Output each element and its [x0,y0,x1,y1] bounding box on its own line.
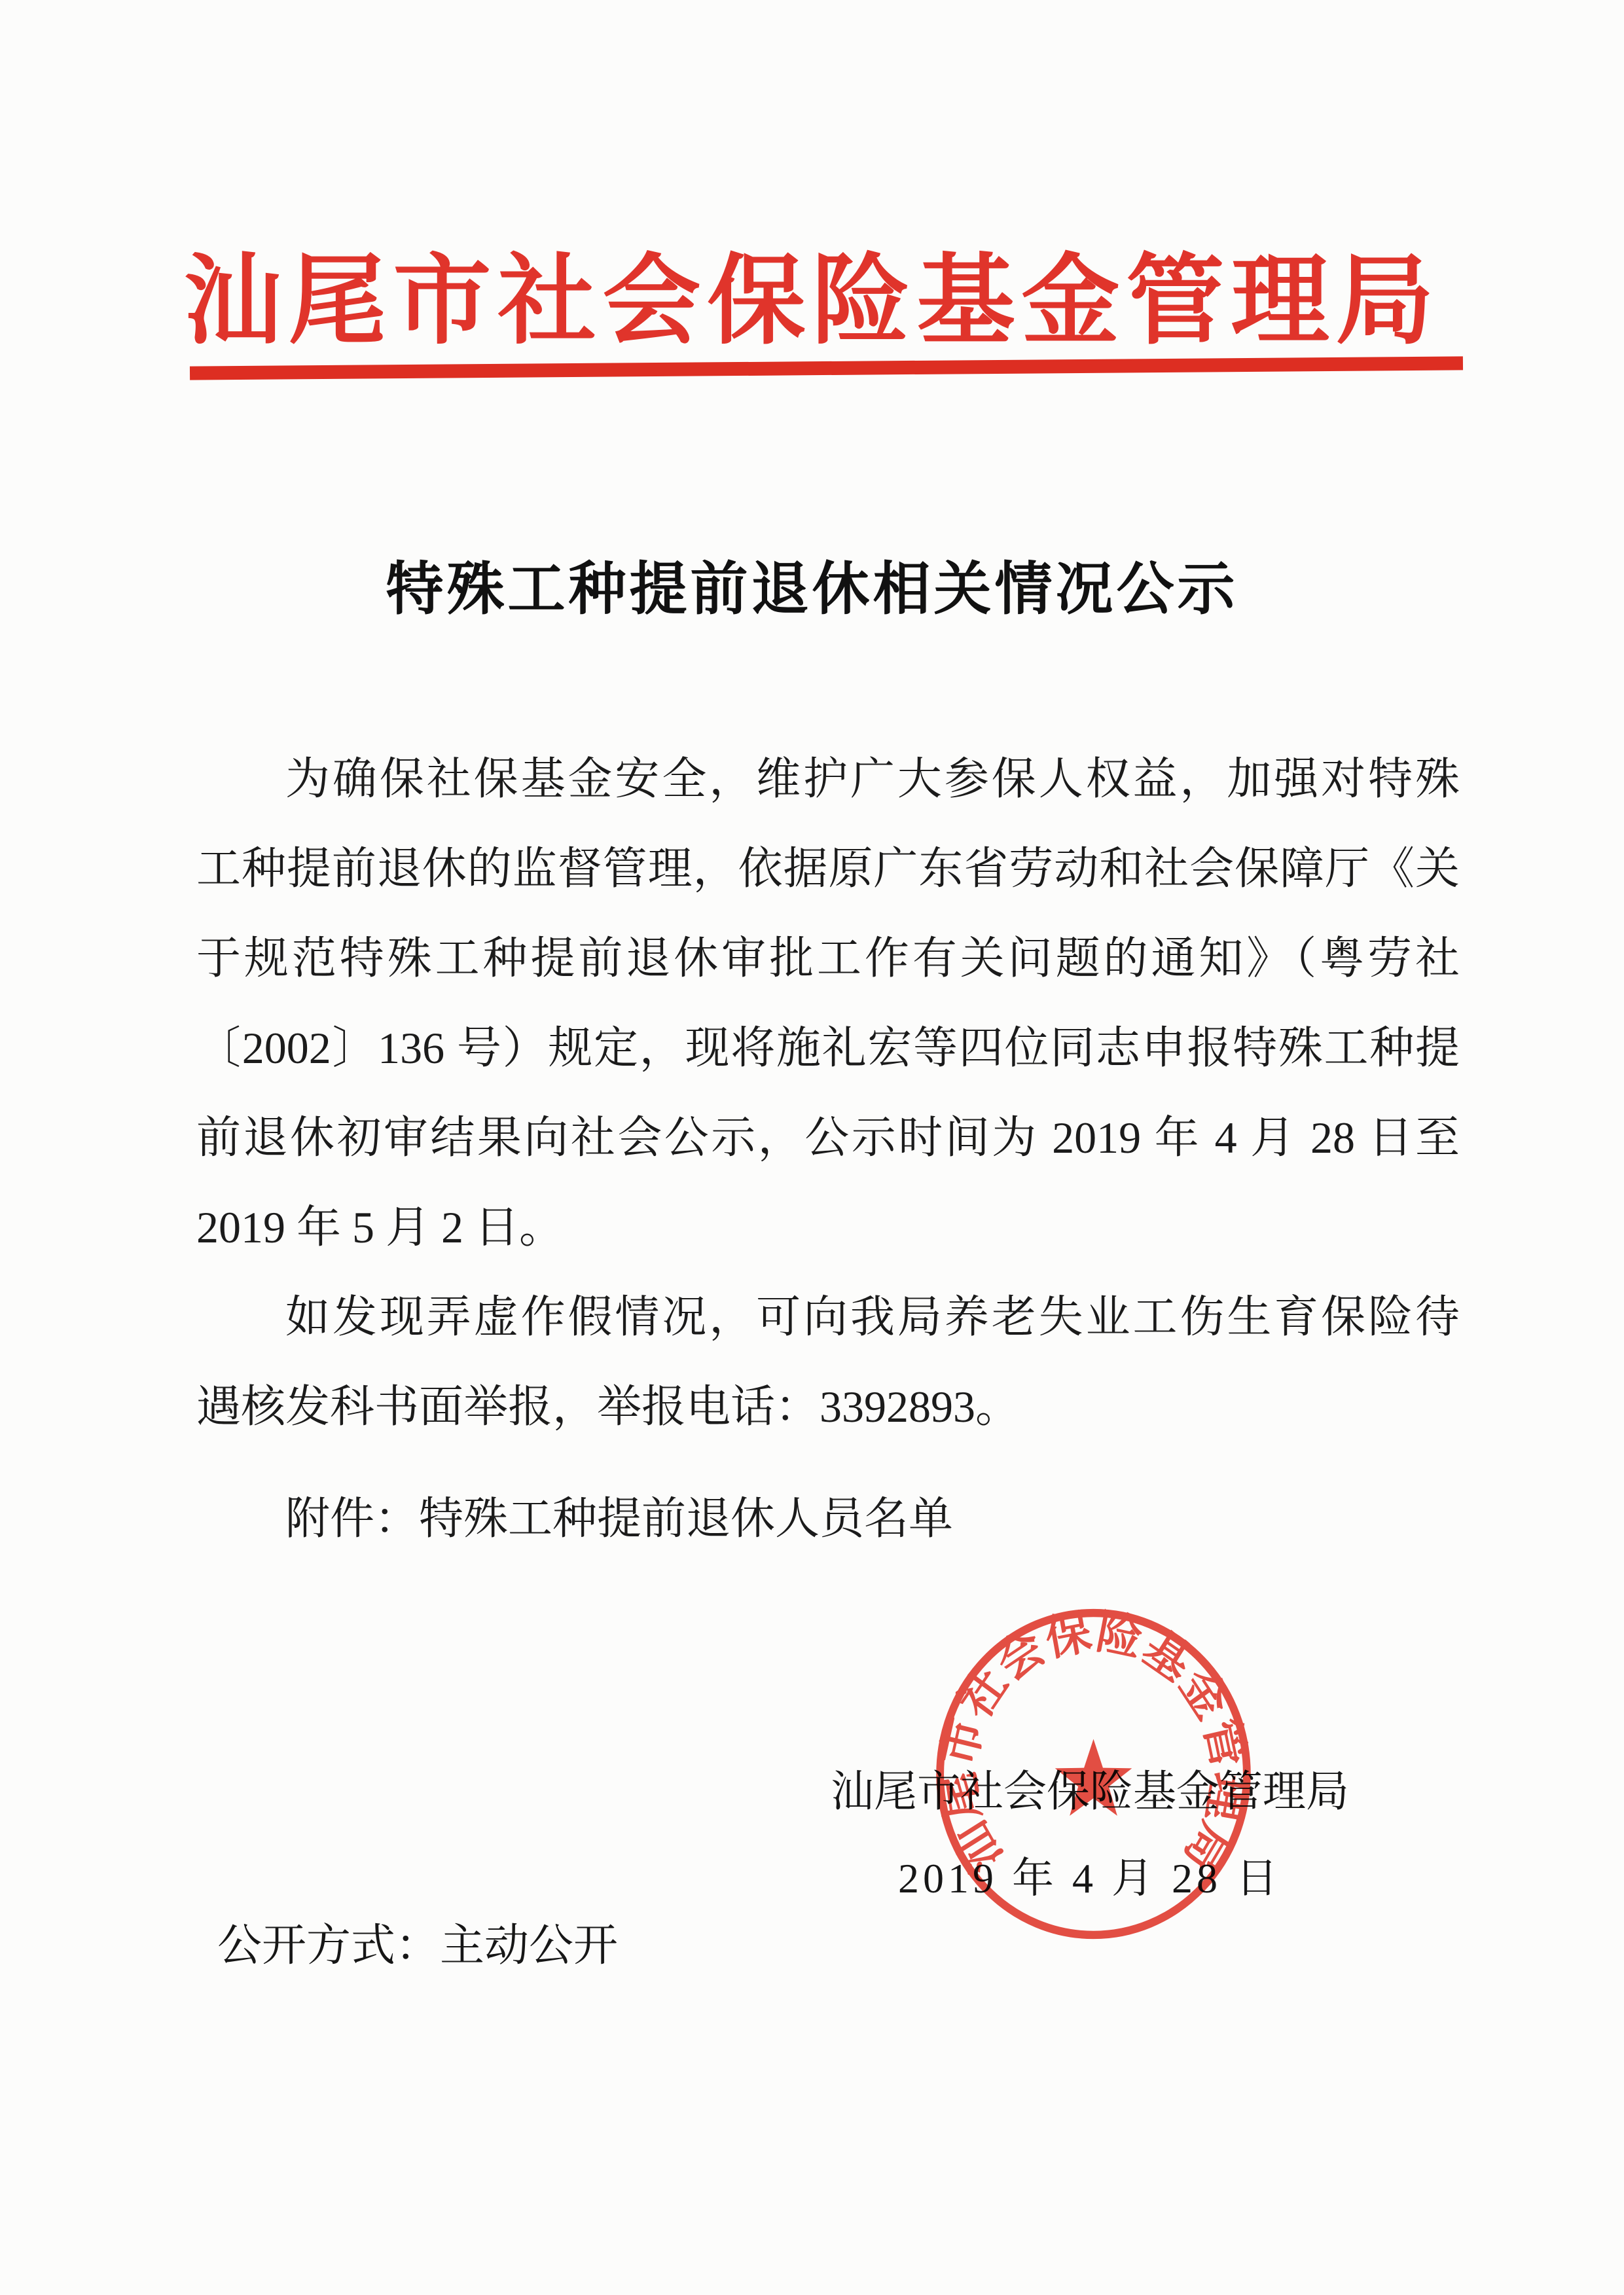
official-seal: 汕尾市社会保险基金管理局 [915,1587,1272,1961]
document-title: 特殊工种提前退休相关情况公示 [0,543,1624,626]
publish-mode-line: 公开方式：主动公开 [217,1913,618,1978]
body-line: 前退休初审结果向社会公示，公示时间为 2019 年 4 月 28 日至 [196,1093,1460,1183]
org-header-title: 汕尾市社会保险基金管理局 [0,221,1624,363]
body-line: 如发现弄虚作假情况，可向我局养老失业工伤生育保险待 [196,1273,1460,1362]
attachment-line: 附件：特殊工种提前退休人员名单 [196,1474,1460,1564]
official-seal-graphic: 汕尾市社会保险基金管理局 [915,1587,1272,1961]
body-line: 2019 年 5 月 2 日。 [196,1183,1460,1273]
body-line: 〔2002〕136 号）规定，现将施礼宏等四位同志申报特殊工种提 [196,1003,1460,1093]
body-line: 于规范特殊工种提前退休审批工作有关问题的通知》（粤劳社 [196,914,1460,1003]
body-line: 工种提前退休的监督管理，依据原广东省劳动和社会保障厅《关 [196,824,1460,914]
document-page: 汕尾市社会保险基金管理局 特殊工种提前退休相关情况公示 为确保社保基金安全，维护… [0,0,1624,2295]
body-line: 为确保社保基金安全，维护广大参保人权益，加强对特殊 [196,734,1460,824]
body-paragraphs: 为确保社保基金安全，维护广大参保人权益，加强对特殊 工种提前退休的监督管理，依据… [196,734,1460,1452]
seal-star-icon [1055,1739,1132,1816]
body-line: 遇核发科书面举报，举报电话：3392893。 [196,1362,1460,1452]
